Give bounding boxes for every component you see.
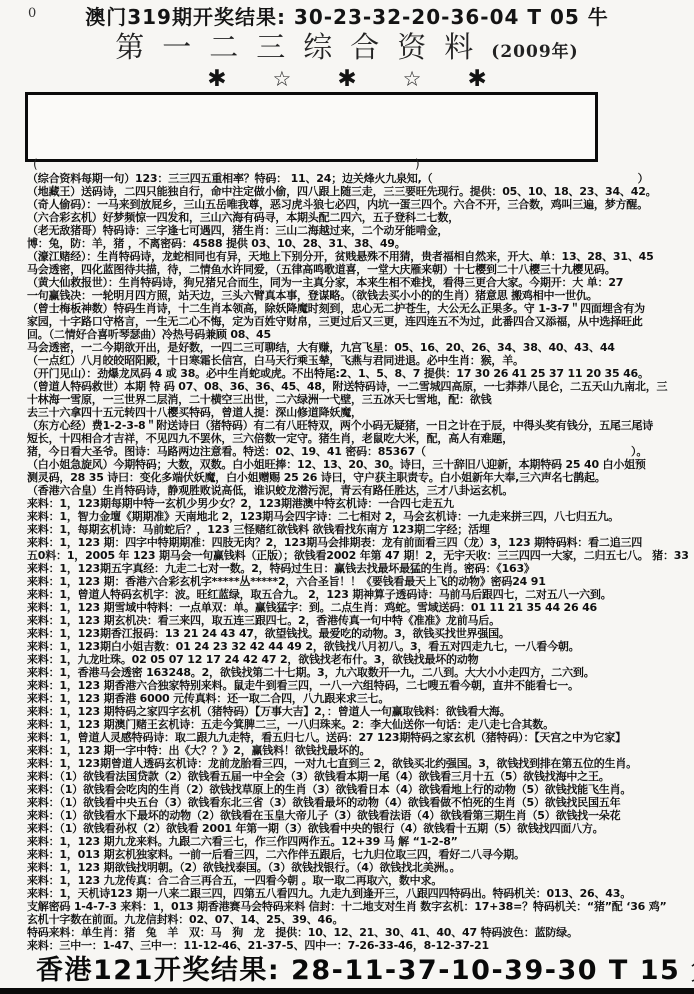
- body-line: 来料：（1）欲钱看孙权（2）欲钱看 2001 年第一期（3）欲钱看中央的银行（4…: [27, 822, 692, 835]
- body-line: （一点红）八月皎皎昭阳殿，十日寒霜长信宫，白马天行乘玉辇，飞燕与君同进退。必中生…: [27, 354, 692, 367]
- stray-paren-right: ): [415, 157, 420, 171]
- body-line: 来料：1，123 期玄机决：看三来四，取五连三跟四七。2，香港传真一句中特《准准…: [27, 614, 692, 627]
- body-line: 去三十六拿四十五元转四十八樱买特码，曾道人提：深山修道降妖魔，: [27, 406, 692, 419]
- body-line: 来料：1，123 九龙传真：合二合三再合五，一四看今朝 。取一取二再取六，数中求…: [27, 874, 692, 887]
- body-line: 来料：1，曾道人特码玄机字：波。旺红蓝绿，取五合九。 2，123 期神算子透码诗…: [27, 588, 692, 601]
- body-line: 来料：1，123 期一字中特：出《大？？》2，赢钱料！欲钱找最坏的。: [27, 744, 692, 757]
- body-line: 五0料：1，2005 年 123 期马会一句赢钱料（正版）；欲钱看2002 年第…: [27, 549, 692, 562]
- body-line: （曾士梅板神数）特码生肖诗，十二生肖本领高，除妖降魔时刻到，忠心无二护苍生，大公…: [27, 302, 692, 315]
- filled-star-icon: ✱: [467, 69, 486, 89]
- body-line: 来料：1，123 期：香港六合彩玄机字*****丛*****2，六合圣旨！！《要…: [27, 575, 692, 588]
- body-line: （濠江赌经）：生肖特码诗，龙蛇相同也有异，天地上下别分开，贫贱悬殊不用猜，贵者福…: [27, 250, 692, 263]
- body-line: 来料：1，香港马会透密 163248。2，欲钱找第二十七期。3，九六取数开一九，…: [27, 666, 692, 679]
- body-line: 来料：（1）欲钱看会吃肉的生肖（2）欲钱找草原上的生肖（3）欲钱看日本（4）欲钱…: [27, 783, 692, 796]
- body-line: 来料：（1）欲钱看法国贷款（2）欲钱看五届一中全会（3）欲钱看本期一尾（4）欲钱…: [27, 770, 692, 783]
- body-line: 来料：1，123 期雪域中特料：一点单双：单。赢钱猛字：到。二点生肖：鸡蛇。雪域…: [27, 601, 692, 614]
- empty-announcement-box: [25, 92, 598, 162]
- body-line: （综合资料每期一句）123：三三四五重相率？特码： 11、24；边关烽火九泉知,…: [27, 172, 692, 185]
- body-line: 来料：1，123期五字真经：九走二七对一数。2，特码过生日：赢钱去找最坏最猛的生…: [27, 562, 692, 575]
- body-line: （奇人偷码）：一马来到放屁乡，三山五岳唯我尊，恶习虎斗狼七必四，内坑一蛋三四个。…: [27, 198, 692, 211]
- body-line: 十林海一雪原，一三世界二层消，二十横空三出世，二六绿洲一弋壁，三五冰天七雪地，配…: [27, 393, 692, 406]
- body-line: （老无敌猪哥）特码诗：三字逢七可遇四，猪生肖：三山二海越过来，二个动牙能啃金，: [27, 224, 692, 237]
- stray-marks-row: ( ): [0, 162, 694, 172]
- body-line: 马会透密，一二今期欲开出，是好数，一四二三可聊结，大有赚，九宫飞星：05、16、…: [27, 341, 692, 354]
- body-line: 来料：1，123 期香港六合独家特别来料。鼠走牛到看三四，一八一六组特码，二七嗖…: [27, 679, 692, 692]
- body-line: 来料：1，每期玄机诗：马前蛇后？，123 三怪赌红欲钱料 欲钱看找东南方 123…: [27, 523, 692, 536]
- body-line: （白小姐急旋风）今期特码；大数，双数。白小姐旺捧：12、13、20、30。诗曰，…: [27, 458, 692, 471]
- page-title-year: (2009年): [491, 42, 578, 62]
- filled-star-icon: ✱: [207, 69, 226, 89]
- corner-mark: 0: [28, 6, 36, 21]
- body-line: 来料：1，九龙吐珠。02 05 07 12 17 24 42 47 2，欲钱找老…: [27, 653, 692, 666]
- body-line: （香港六合皇）生肖特码诗，静观胜败说高低，谁识蛟龙潜污泥，青云有路任胜达，三才八…: [27, 484, 692, 497]
- body-line: 一句赢钱决：一轮明月四方照，站天边，三头六臂真本事，登谋略。（欲钱去买小小的的生…: [27, 289, 692, 302]
- body-line: 来料：1，123 期欲钱找明朝。（2）欲钱找泰国。（3）欲钱找银行。（4）欲钱找…: [27, 861, 692, 874]
- body-line: （曾道人特码救世）本期 特 码 07、08、36、36、45、48，附送特码诗，…: [27, 380, 692, 393]
- body-line: 来料：1，123期白小姐吉数：01 24 23 32 42 44 49 2，欲钱…: [27, 640, 692, 653]
- body-line: 来料：1，123 期：四字中特期期准：四肢无肉？2，123期马会排期表：龙有前面…: [27, 536, 692, 549]
- body-line: 来料：1，123 期九龙来料。九跟二六看三七，作三作四两作五。12+39 马 解…: [27, 835, 692, 848]
- stray-paren-left: (: [33, 157, 38, 171]
- filled-star-icon: ✱: [337, 69, 356, 89]
- body-line: 来料：1，123期曾道人透码玄机诗：龙前龙胎看三四，一对九七直到三 2，欲钱买北…: [27, 757, 692, 770]
- body-line: （黄大仙救报世）：生肖特码诗，狗兄猪兄合而生，同为一主真分家，本来生相不难找，看…: [27, 276, 692, 289]
- body-line: 短长，十四相合才吉祥，不见四九不罢休，三六倍数一定守。猪生肖，老鼠吃大米，配，高…: [27, 432, 692, 445]
- body-line: 回。（二情好合喜听琴瑟曲）冷热号码兼顾 08、45: [27, 328, 692, 341]
- body-line: （地藏王）送码诗，二四只能独自行，命中注定做小偷，四八跟上随三走，三三要旺先现行…: [27, 185, 692, 198]
- body-line: 马会透密，四化蓝图待共描，待，二情鱼水许同爱，（五律高鸣歌道喜，一堂大庆雁来朝）…: [27, 263, 692, 276]
- body-line: 支解密码 1-4-7-3 来料：1，013 期香港赛马会特码来料 信封：十二地支…: [27, 900, 692, 913]
- body-line: 猪，今日看大圣爷。图诗：马路两边注意看。特送：02、19、41 密码：85367…: [27, 445, 692, 458]
- star-row: ✱☆✱☆✱: [0, 69, 694, 89]
- lottery-info-sheet: { "page": { "corner_mark": "0", "macau_r…: [0, 0, 694, 994]
- open-star-icon: ☆: [273, 69, 292, 89]
- body-line: （东方心经）费1-2-3-8＂附送诗曰（猪特码）有二有八旺特双，两个小码无疑猪，…: [27, 419, 692, 432]
- body-line: 家园，十字路口守格言，一生无二心不悔，定为百姓守财帛，三更过后又三更，连四连五不…: [27, 315, 692, 328]
- body-line: 来料：1，天机诗123 期一八来二跟三四，四第五八看四九。九走九到逢开三，八跟四…: [27, 887, 692, 900]
- body-line: 来料：（1）欲钱看中央五台（3）欲钱看东北三省（3）欲钱看最坏的动物（4）欲钱看…: [27, 796, 692, 809]
- body-line: 来料：1，123期香江报码：13 21 24 43 47，欲望钱找。最爱吃的动物…: [27, 627, 692, 640]
- bottom-scan-bar: [0, 988, 694, 994]
- body-line: 来料：1，曾道人灵感特码诗：取二跟九九走特，看五归七八。送码：27 123期特码…: [27, 731, 692, 744]
- body-line: 来料：（1）欲钱看水下最坏的动物（2）欲钱看在玉皇大帝儿子（3）欲钱看法语（4）…: [27, 809, 692, 822]
- body-line: 来料：1，123 期香港 6000 元传真料：还一取二合四，八九跟来求三七。: [27, 692, 692, 705]
- body-line: 来料：1，智力金壇《期期准》天南地北 2，123期马会四字诗：二七相对 2，马会…: [27, 510, 692, 523]
- page-title-text: 第一二三综合资料: [115, 30, 491, 64]
- body-line: 特码来料：单生肖：猪 兔 羊 双：马 狗 龙 提供：10、12、21、30、41…: [27, 926, 692, 939]
- body-line: 测灵码，28 35 诗曰：变化多端伏妖魔，白小姐赠赐 25 26 诗曰，守户获主…: [27, 471, 692, 484]
- body-line: 来料：1，123 期澳门赌王玄机诗：五走今箕脾二三，一八归珠来。2：李大仙送你一…: [27, 718, 692, 731]
- body-line: 博：兔，防：羊，猪 ，不离密码：4588 提供 03、10、28、31、38、4…: [27, 237, 692, 250]
- body-line: 来料：1，123期每期中特一玄机少男少女？2，123期港澳中特玄机诗：一合四七走…: [27, 497, 692, 510]
- body-line: 来料：1，123 期特码之家四字玄机（猪特码）【万事大吉】2，：曾道人一句赢取钱…: [27, 705, 692, 718]
- body-text: （综合资料每期一句）123：三三四五重相率？特码： 11、24；边关烽火九泉知,…: [0, 172, 694, 952]
- body-line: 来料：1，013 期玄机独家料。一前一后看三四，二六作伴五跟后，七九归位取三四，…: [27, 848, 692, 861]
- body-line: （开门见山）：劲爆龙凤码 4 或 38。必中生肖蛇或虎。不出特尾:2、1、5、8…: [27, 367, 692, 380]
- body-line: 玄机十字数在前面。九龙信封料：02、07、14、25、39、46。: [27, 913, 692, 926]
- macau-result-header: 澳门319期开奖结果: 30-23-32-20-36-04 T 05 牛: [0, 0, 694, 30]
- open-star-icon: ☆: [403, 69, 422, 89]
- page-title: 第一二三综合资料(2009年): [0, 30, 694, 69]
- body-line: （六合彩玄机）好梦频惊一四发和，三山六海有码寻，本期头配二四六，五子登科二七数，: [27, 211, 692, 224]
